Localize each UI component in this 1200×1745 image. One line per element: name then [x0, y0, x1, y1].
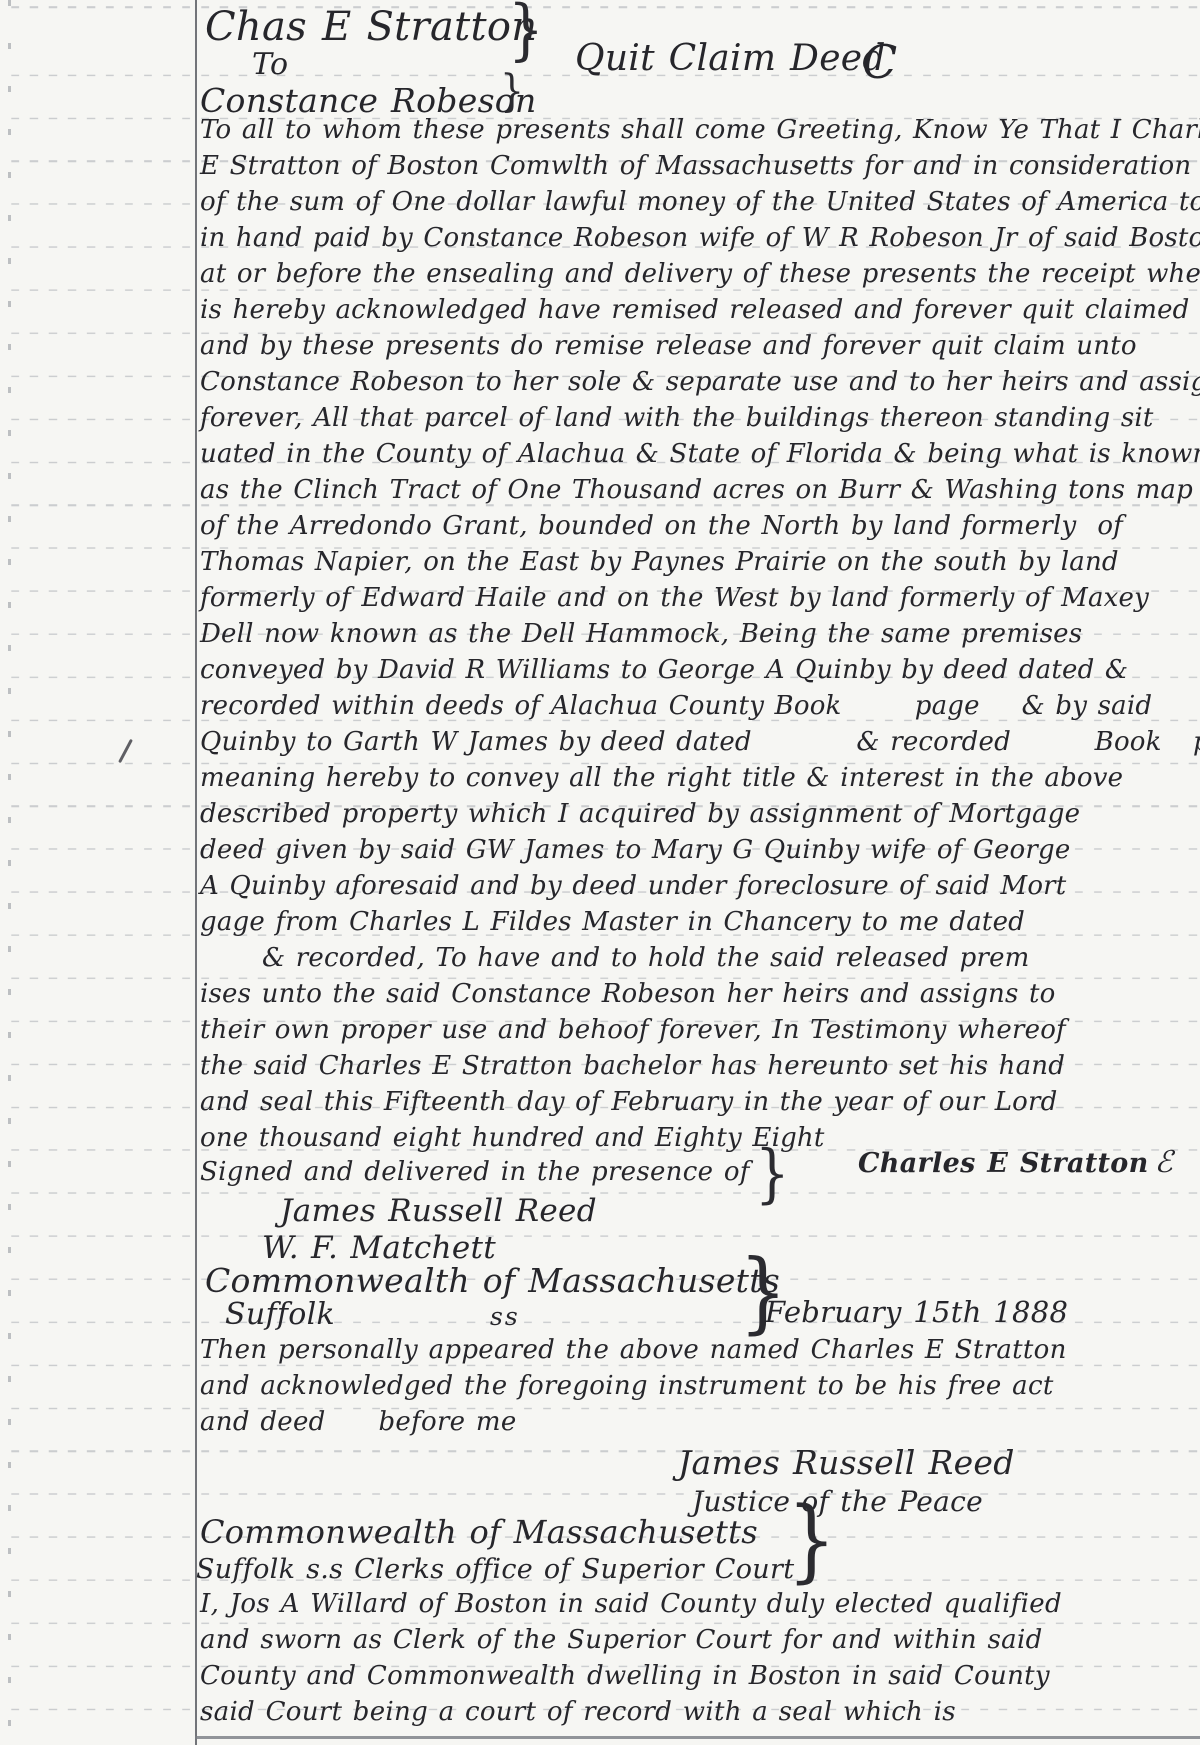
clerk-jurisdiction: Commonwealth of Massachusetts [200, 1514, 758, 1551]
deed-body-line: and by these presents do remise release … [200, 328, 1200, 364]
deed-body-line: of the Arredondo Grant, bounded on the N… [200, 508, 1200, 544]
deed-body-line: meaning hereby to convey all the right t… [200, 760, 1200, 796]
deed-body-line: conveyed by David R Williams to George A… [200, 652, 1200, 688]
deed-body-line: deed given by said GW James to Mary G Qu… [200, 832, 1200, 868]
acknowledgment-line: and deed before me [200, 1408, 517, 1438]
ss-label: ss [490, 1303, 520, 1332]
deed-body-line: and seal this Fifteenth day of February … [200, 1084, 1200, 1120]
deed-body-line: E Stratton of Boston Comwlth of Massachu… [200, 148, 1200, 184]
deed-body-line: Thomas Napier, on the East by Paynes Pra… [200, 544, 1200, 580]
clerk-certificate-line: said Court being a court of record with … [200, 1698, 956, 1728]
margin-rule [195, 0, 197, 1745]
deed-body-line: Quinby to Garth W James by deed dated & … [200, 724, 1200, 760]
deed-body-line: To all to whom these presents shall come… [200, 112, 1200, 148]
deed-body-line: described property which I acquired by a… [200, 796, 1200, 832]
grantor-signature: Charles E Strattonℰ [858, 1146, 1173, 1181]
deed-body-line: A Quinby aforesaid and by deed under for… [200, 868, 1200, 904]
witness-signature: James Russell Reed [280, 1194, 597, 1230]
deed-body-line: uated in the County of Alachua & State o… [200, 436, 1200, 472]
deed-title: Quit Claim Deed [575, 38, 886, 79]
deed-body-line: the said Charles E Stratton bachelor has… [200, 1048, 1200, 1084]
acknowledgment-county: Suffolk [225, 1298, 335, 1333]
seal-flourish: ℰ [1149, 1145, 1173, 1180]
attestation-intro: Signed and delivered in the presence of [200, 1158, 750, 1188]
clerk-certificate-line: County and Commonwealth dwelling in Bost… [200, 1662, 1050, 1692]
deed-body-line: in hand paid by Constance Robeson wife o… [200, 220, 1200, 256]
deed-body-line: ises unto the said Constance Robeson her… [200, 976, 1200, 1012]
deed-body-line: is hereby acknowledged have remised rele… [200, 292, 1200, 328]
deed-body-line: Constance Robeson to her sole & separate… [200, 364, 1200, 400]
bottom-rule [195, 1736, 1200, 1739]
deed-body-line: of the sum of One dollar lawful money of… [200, 184, 1200, 220]
deed-body-line: as the Clinch Tract of One Thousand acre… [200, 472, 1200, 508]
clerk-venue-line: Suffolk s.s Clerks office of Superior Co… [196, 1554, 794, 1585]
deed-body-line: at or before the ensealing and delivery … [200, 256, 1200, 292]
docket-to-label: To [252, 48, 288, 83]
pen-flourish: C [862, 36, 898, 89]
grantor-signature-name: Charles E Stratton [858, 1148, 1149, 1179]
acknowledgment-date: February 15th 1888 [765, 1296, 1068, 1329]
left-edge-ticks [8, 0, 11, 1745]
deed-body-line: Dell now known as the Dell Hammock, Bein… [200, 616, 1200, 652]
acknowledgment-jurisdiction: Commonwealth of Massachusetts [205, 1262, 780, 1300]
notary-signature: James Russell Reed [678, 1444, 1015, 1482]
deed-body-line: forever, All that parcel of land with th… [200, 400, 1200, 436]
docket-brace-lower: } [500, 72, 524, 112]
clerk-brace: } [787, 1500, 836, 1581]
deed-body-line: gage from Charles L Fildes Master in Cha… [200, 904, 1200, 940]
docket-grantor-name: Chas E Stratton [205, 4, 537, 50]
clerk-certificate-line: I, Jos A Willard of Boston in said Count… [200, 1590, 1062, 1620]
acknowledgment-line: Then personally appeared the above named… [200, 1336, 1067, 1366]
acknowledgment-line: and acknowledged the foregoing instrumen… [200, 1372, 1054, 1402]
clerk-certificate-line: and sworn as Clerk of the Superior Court… [200, 1626, 1043, 1656]
deed-body-line: recorded within deeds of Alachua County … [200, 688, 1200, 724]
docket-brace-upper: } [508, 0, 544, 59]
attestation-brace: } [755, 1146, 790, 1204]
deed-body-line: & recorded, To have and to hold the said… [200, 940, 1200, 976]
deed-body: To all to whom these presents shall come… [200, 112, 1200, 1156]
deed-body-line: formerly of Edward Haile and on the West… [200, 580, 1200, 616]
deed-body-line: their own proper use and behoof forever,… [200, 1012, 1200, 1048]
